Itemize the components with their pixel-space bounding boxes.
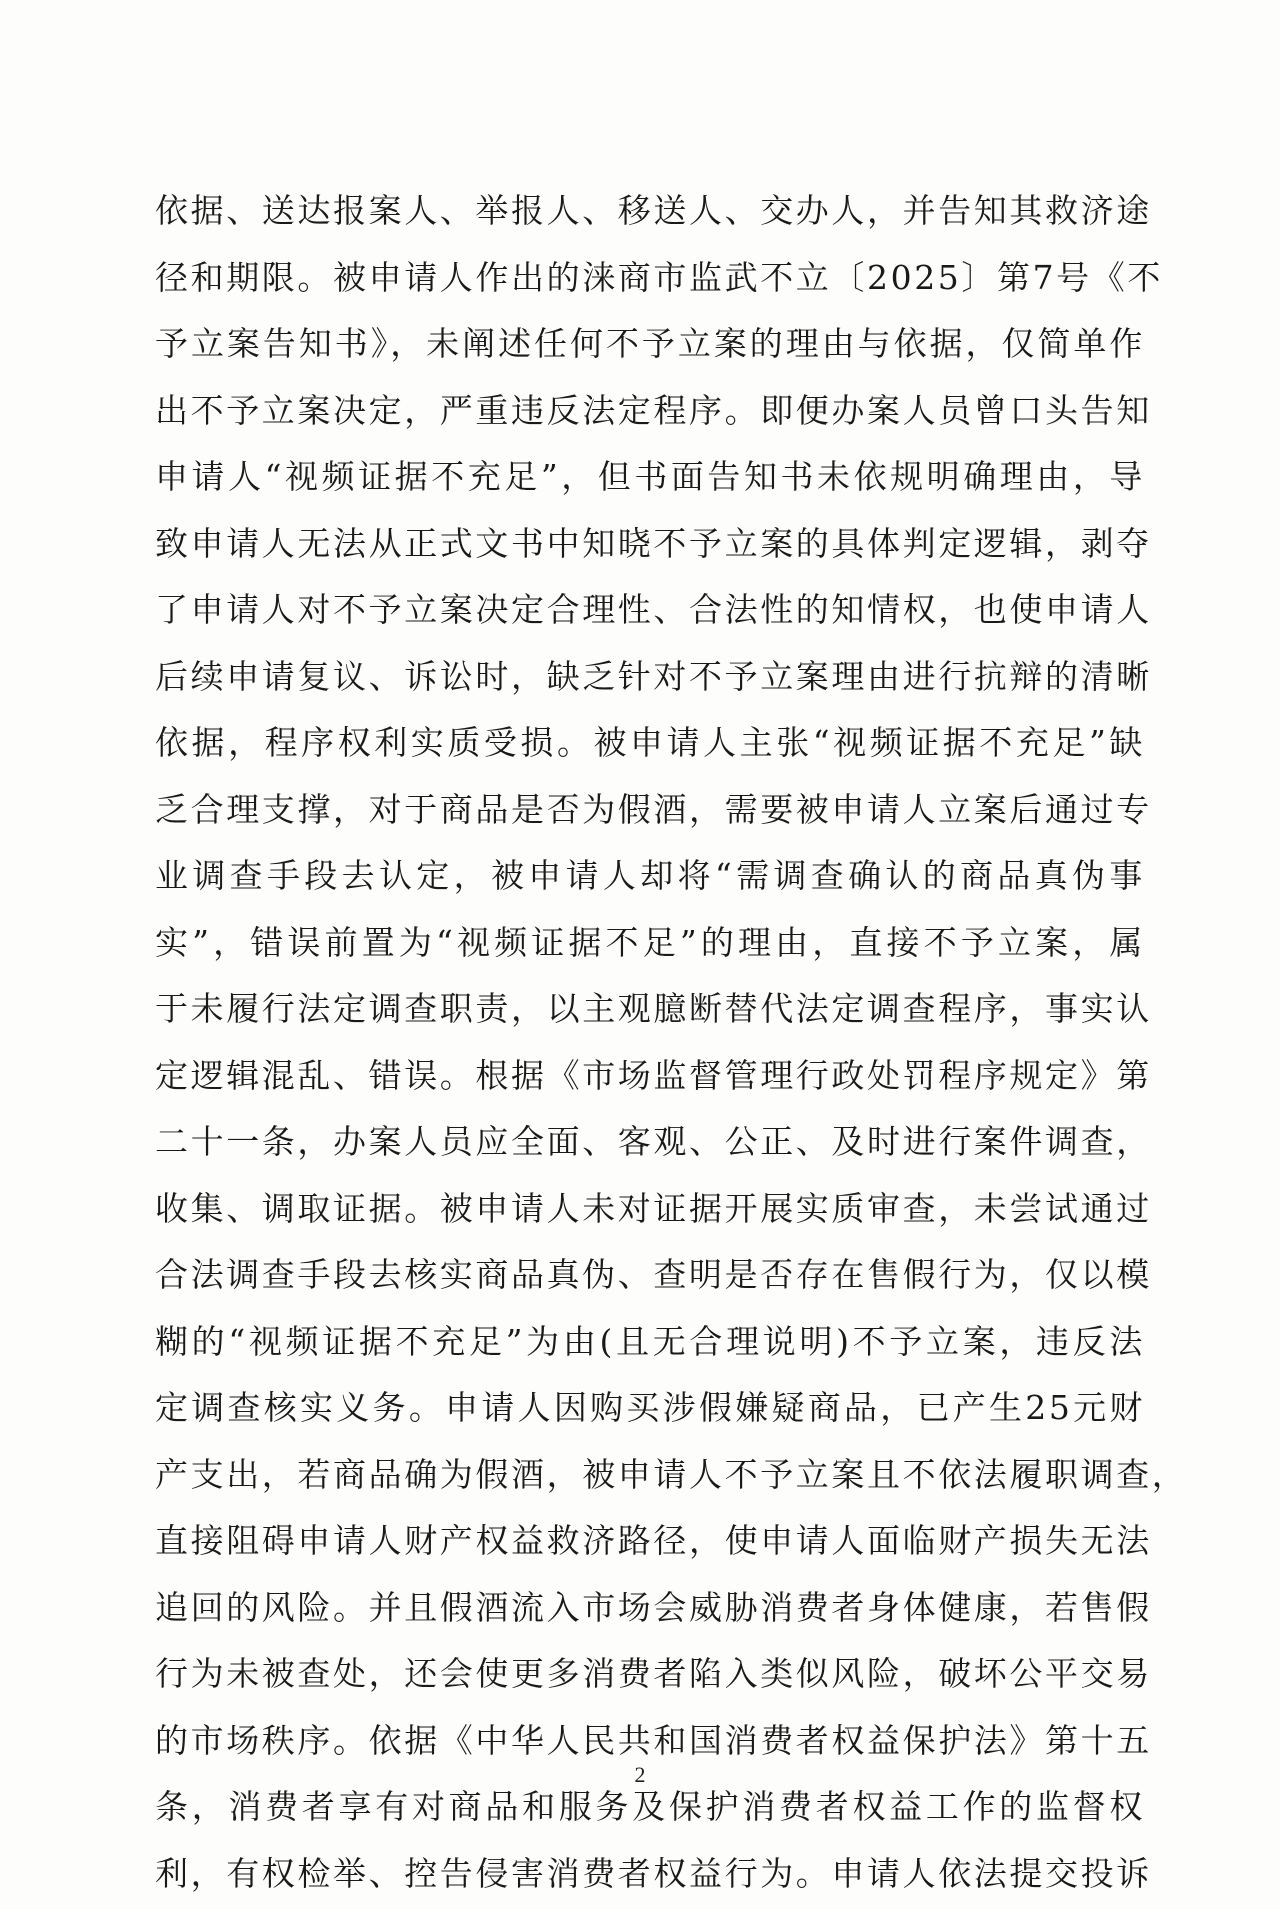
text-line: 实”，错误前置为“视频证据不足”的理由，直接不予立案，属 (155, 910, 1145, 977)
text-line: 了申请人对不予立案决定合理性、合法性的知情权，也使申请人 (155, 577, 1145, 644)
text-line: 追回的风险。并且假酒流入市场会威胁消费者身体健康，若售假 (155, 1575, 1145, 1642)
text-line: 依据、送达报案人、举报人、移送人、交办人，并告知其救济途 (155, 178, 1145, 245)
text-line: 依据，程序权利实质受损。被申请人主张“视频证据不充足”缺 (155, 710, 1145, 777)
text-line: 行为未被查处，还会使更多消费者陷入类似风险，破坏公平交易 (155, 1641, 1145, 1708)
text-line: 定逻辑混乱、错误。根据《市场监督管理行政处罚程序规定》第 (155, 1043, 1145, 1110)
text-line: 乏合理支撑，对于商品是否为假酒，需要被申请人立案后通过专 (155, 777, 1145, 844)
text-line: 产支出，若商品确为假酒，被申请人不予立案且不依法履职调查， (155, 1442, 1145, 1509)
text-line: 予立案告知书》，未阐述任何不予立案的理由与依据，仅简单作 (155, 311, 1145, 378)
text-line: 于未履行法定调查职责，以主观臆断替代法定调查程序，事实认 (155, 976, 1145, 1043)
text-line: 糊的“视频证据不充足”为由(且无合理说明)不予立案，违反法 (155, 1309, 1145, 1376)
text-line: 申请人“视频证据不充足”，但书面告知书未依规明确理由，导 (155, 444, 1145, 511)
document-page: 依据、送达报案人、举报人、移送人、交办人，并告知其救济途 径和期限。被申请人作出… (0, 0, 1280, 1909)
page-number: 2 (0, 1762, 1280, 1788)
text-line: 直接阻碍申请人财产权益救济路径，使申请人面临财产损失无法 (155, 1508, 1145, 1575)
text-line: 径和期限。被申请人作出的涞商市监武不立〔2025〕第7号《不 (155, 245, 1145, 312)
text-line: 二十一条，办案人员应全面、客观、公正、及时进行案件调查， (155, 1109, 1145, 1176)
text-line: 致申请人无法从正式文书中知晓不予立案的具体判定逻辑，剥夺 (155, 511, 1145, 578)
text-line: 业调查手段去认定，被申请人却将“需调查确认的商品真伪事 (155, 843, 1145, 910)
document-body: 依据、送达报案人、举报人、移送人、交办人，并告知其救济途 径和期限。被申请人作出… (155, 178, 1145, 1907)
text-line: 合法调查手段去核实商品真伪、查明是否存在售假行为，仅以模 (155, 1242, 1145, 1309)
text-line: 利，有权检举、控告侵害消费者权益行为。申请人依法提交投诉 (155, 1841, 1145, 1908)
text-line: 出不予立案决定，严重违反法定程序。即便办案人员曾口头告知 (155, 378, 1145, 445)
text-line: 后续申请复议、诉讼时，缺乏针对不予立案理由进行抗辩的清晰 (155, 644, 1145, 711)
text-line: 收集、调取证据。被申请人未对证据开展实质审查，未尝试通过 (155, 1176, 1145, 1243)
text-line: 定调查核实义务。申请人因购买涉假嫌疑商品，已产生25元财 (155, 1375, 1145, 1442)
